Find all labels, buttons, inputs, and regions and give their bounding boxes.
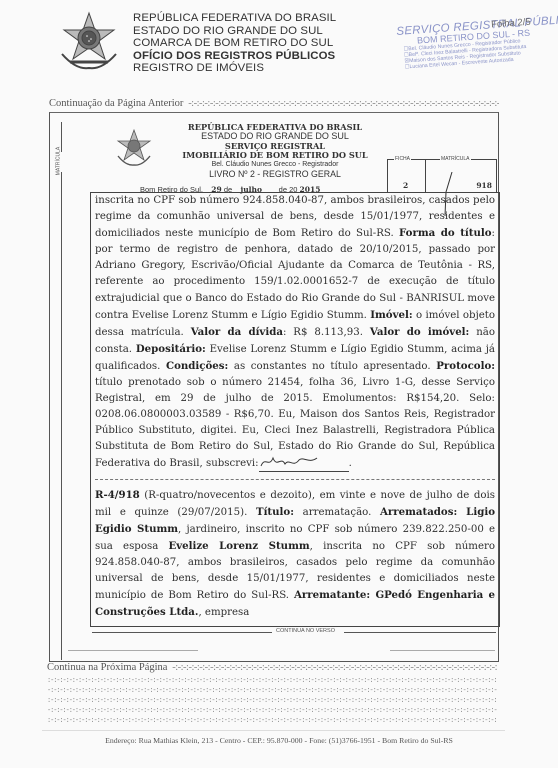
form-header-line: IMOBILIÁRIO DE BOM RETIRO DO SUL xyxy=(160,151,390,160)
signature xyxy=(259,460,349,472)
header-line: OFÍCIO DOS REGISTROS PÚBLICOS xyxy=(133,50,336,63)
registry-entry-penhora: inscrita no CPF sob número 924.858.040-8… xyxy=(95,193,495,472)
ficha-label: FICHA xyxy=(394,156,411,162)
dash-filler-row: :-:-:-:-:-:-:-:-:-:-:-:-:-:-:-:-:-:-:-:-… xyxy=(47,677,497,685)
dash-filler-row: :-:-:-:-:-:-:-:-:-:-:-:-:-:-:-:-:-:-:-:-… xyxy=(47,697,497,705)
dash-filler-row: -:-:-:-:-:-:-:-:-:-:-:-:-:-:-:-:-:-:-:-:… xyxy=(47,687,497,695)
entry-separator xyxy=(95,479,495,480)
office-header: REPÚBLICA FEDERATIVA DO BRASIL ESTADO DO… xyxy=(133,12,336,75)
continuation-top-label: Continuação da Página Anterior xyxy=(49,98,183,109)
footer-rule xyxy=(42,730,505,731)
rule xyxy=(390,650,495,651)
matricula-side-label: MATRÍCULA xyxy=(56,122,68,202)
form-header-line: LIVRO Nº 2 - REGISTRO GERAL xyxy=(160,169,390,179)
coat-of-arms-small-icon xyxy=(114,128,154,168)
side-label-text: MATRÍCULA xyxy=(55,147,61,176)
coat-of-arms-icon xyxy=(56,10,122,74)
dash-filler-row: :-:-:-:-:-:-:-:-:-:-:-:-:-:-:-:-:-:-:-:-… xyxy=(47,717,497,725)
matricula-value: 918 xyxy=(476,181,492,190)
dash-filler-row: -:-:-:-:-:-:-:-:-:-:-:-:-:-:-:-:-:-:-:-:… xyxy=(47,707,497,715)
registry-stamp: SERVIÇO REGISTRAL PÚBLICO Folha 2/5 BOM … xyxy=(396,15,558,88)
dash-filler: -:-:-:-:-:-:-:-:-:-:-:-:-:-:-:-:-:-:-:-:… xyxy=(170,662,497,673)
header-line: REPÚBLICA FEDERATIVA DO BRASIL xyxy=(133,12,336,25)
rule xyxy=(68,650,198,651)
continua-no-verso: CONTINUA NO VERSO xyxy=(92,628,496,636)
matricula-label: MATRÍCULA xyxy=(440,156,471,162)
header-line: REGISTRO DE IMÓVEIS xyxy=(133,62,336,75)
registry-text: inscrita no CPF sob número 924.858.040-8… xyxy=(95,193,495,621)
continuation-bottom-label: Continua na Próxima Página xyxy=(47,662,167,673)
frame-left-rule xyxy=(61,202,62,660)
matricula-box: MATRÍCULA 918 xyxy=(425,159,497,192)
form-header: REPÚBLICA FEDERATIVA DO BRASIL ESTADO DO… xyxy=(160,123,390,179)
ficha-value: 2 xyxy=(403,181,408,190)
dash-filler: -:-:-:-:-:-:-:-:-:-:-:-:-:-:-:-:-:-:-:-:… xyxy=(186,98,499,109)
ficha-box: FICHA 2 xyxy=(387,159,426,192)
header-line: ESTADO DO RIO GRANDE DO SUL xyxy=(133,25,336,38)
footer-address: Endereço: Rua Mathias Klein, 213 - Centr… xyxy=(0,736,558,745)
registry-entry-r4-918: R-4/918 (R-quatro/novecentos e dezoito),… xyxy=(95,487,495,622)
continuation-top: Continuação da Página Anterior -:-:-:-:-… xyxy=(49,98,499,109)
header-line: COMARCA DE BOM RETIRO DO SUL xyxy=(133,37,336,50)
continuation-bottom: Continua na Próxima Página -:-:-:-:-:-:-… xyxy=(47,662,497,673)
continua-verso-label: CONTINUA NO VERSO xyxy=(276,628,335,634)
form-header-line: Bel. Cláudio Nunes Grecco - Registrador xyxy=(160,160,390,169)
